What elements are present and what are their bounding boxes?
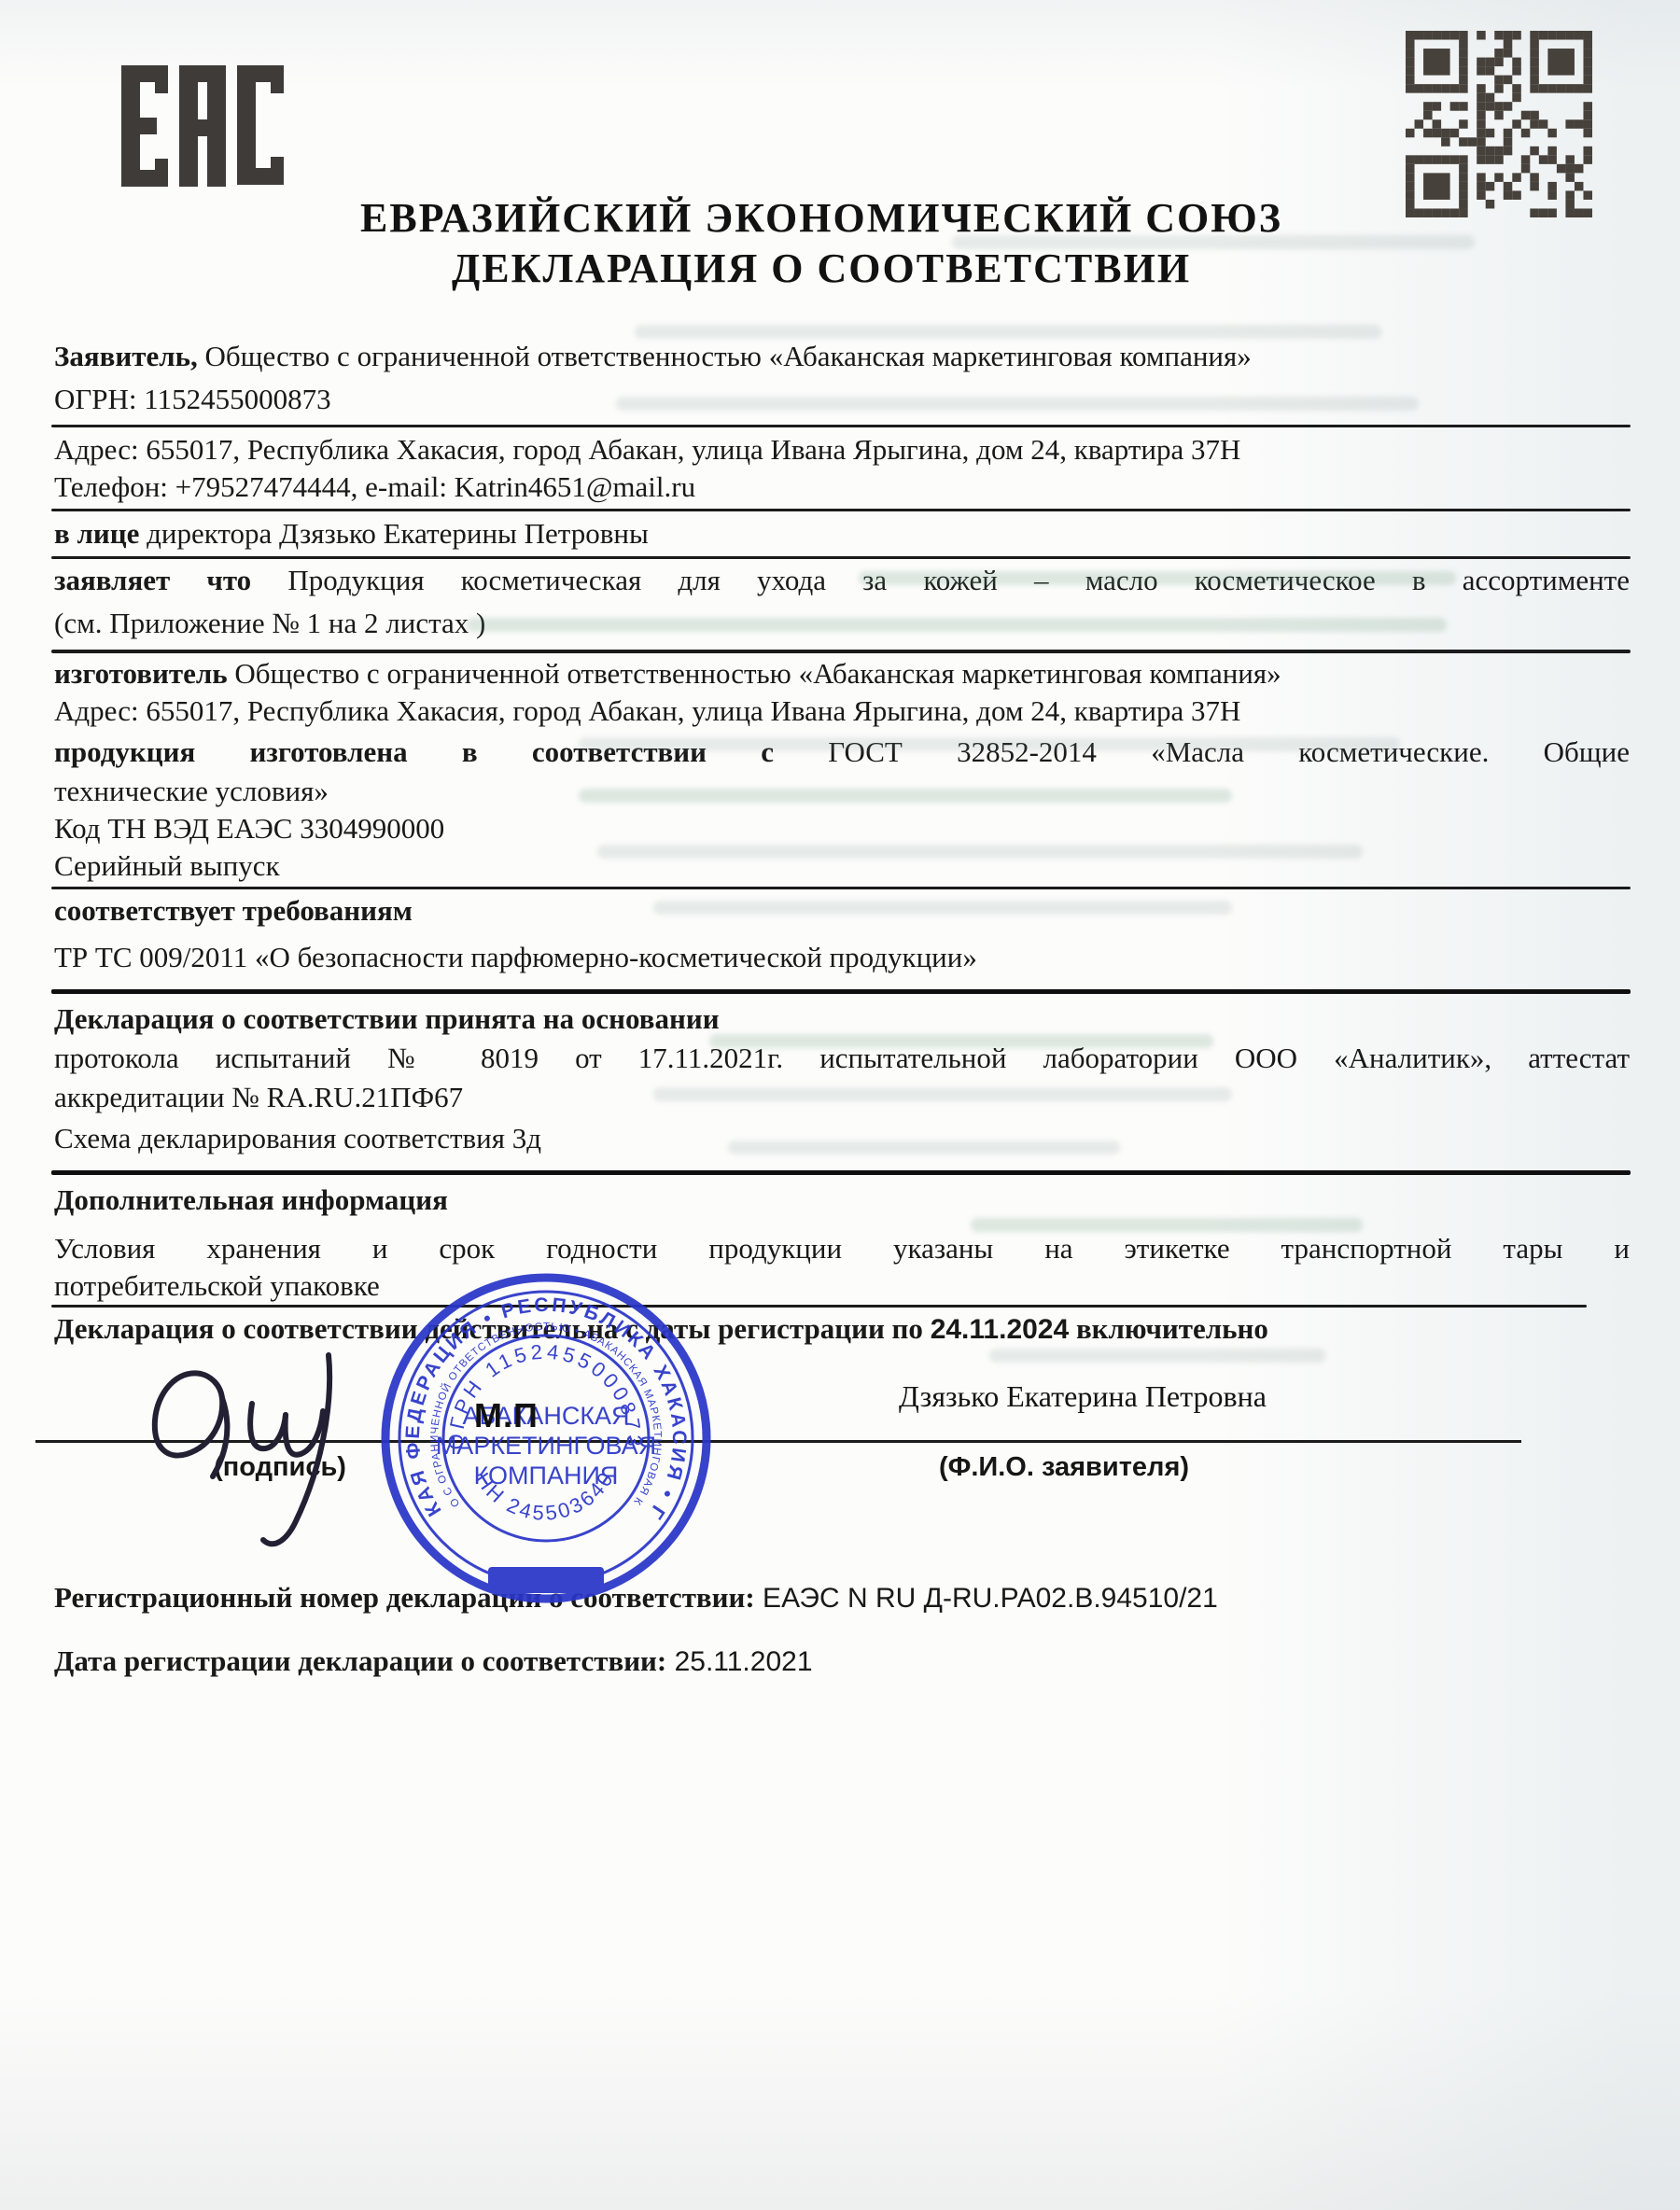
page-subtitle: ДЕКЛАРАЦИЯ О СООТВЕТСТВИИ <box>224 245 1419 292</box>
manufacturer-address: Адрес: 655017, Республика Хакасия, город… <box>54 692 1630 730</box>
divider <box>51 509 1631 511</box>
additional-label: Дополнительная информация <box>54 1182 1630 1219</box>
qr-code <box>1406 31 1592 217</box>
bleedthrough-artifact <box>952 235 1475 249</box>
manufacturer-line: изготовитель Общество с ограниченной отв… <box>54 655 1630 692</box>
registration-date-line: Дата регистрации декларации о соответств… <box>54 1643 1630 1681</box>
bleedthrough-artifact <box>616 397 1419 411</box>
bleedthrough-artifact <box>971 1218 1363 1232</box>
validity-date: 24.11.2024 <box>931 1314 1070 1345</box>
applicant-line: Заявитель, Общество с ограниченной ответ… <box>54 338 1630 375</box>
registration-date-label: Дата регистрации декларации о соответств… <box>54 1644 666 1677</box>
stamp-center-line2: МАРКЕТИНГОВАЯ <box>436 1432 656 1460</box>
applicant-label: Заявитель, <box>54 340 198 372</box>
applicant-phone: Телефон: +79527474444, e-mail: Katrin465… <box>54 469 1630 506</box>
company-stamp: РОССИЙСКАЯ ФЕДЕРАЦИЯ • РЕСПУБЛИКА ХАКАСИ… <box>371 1264 721 1613</box>
bleedthrough-artifact <box>989 1349 1325 1363</box>
divider <box>51 887 1631 889</box>
stamp-banner <box>488 1567 604 1593</box>
seal-place-mark: М.П <box>474 1396 539 1435</box>
bleedthrough-artifact <box>467 618 1447 632</box>
director-label: в лице <box>54 517 139 550</box>
divider <box>51 556 1631 559</box>
divider <box>51 650 1631 653</box>
additional-line1: Условия хранения и срок годности продукц… <box>54 1230 1630 1267</box>
divider <box>51 425 1631 427</box>
tnved-code: Код ТН ВЭД ЕАЭС 3304990000 <box>54 810 1630 847</box>
bleedthrough-artifact <box>653 1087 1232 1101</box>
declares-label: заявляет что <box>54 564 251 596</box>
applicant-address: Адрес: 655017, Республика Хакасия, город… <box>54 431 1630 469</box>
bleedthrough-artifact <box>728 1140 1120 1154</box>
director-line: в лице директора Дзязько Екатерины Петро… <box>54 515 1630 552</box>
divider-thick <box>51 989 1631 994</box>
additional-line2: потребительской упаковке <box>54 1267 1630 1305</box>
validity-post: включительно <box>1069 1312 1268 1345</box>
bleedthrough-artifact <box>579 737 1400 751</box>
manufacturer-label: изготовитель <box>54 657 228 690</box>
applicant-name: Общество с ограниченной ответственностью… <box>198 340 1252 372</box>
bleedthrough-artifact <box>597 845 1363 859</box>
bleedthrough-artifact <box>859 571 1456 585</box>
director-name: директора Дзязько Екатерины Петровны <box>139 517 648 550</box>
basis-label: Декларация о соответствии принята на осн… <box>54 1000 1630 1038</box>
bleedthrough-artifact <box>709 1034 1213 1048</box>
divider-thick <box>51 1170 1631 1175</box>
eac-logo-icon <box>119 63 287 199</box>
declaration-document: ЕВРАЗИЙСКИЙ ЭКОНОМИЧЕСКИЙ СОЮЗ ДЕКЛАРАЦИ… <box>0 0 1680 2210</box>
bleedthrough-artifact <box>579 789 1232 803</box>
registration-date-value: 25.11.2021 <box>666 1646 812 1677</box>
registration-number-value: ЕАЭС N RU Д-RU.РА02.В.94510/21 <box>755 1583 1218 1614</box>
registration-number-line: Регистрационный номер декларации о соотв… <box>54 1579 1630 1617</box>
conforms-text: ТР ТС 009/2011 «О безопасности парфюмерн… <box>54 939 1630 976</box>
bleedthrough-artifact <box>653 901 1232 915</box>
stamp-center-line3: КОМПАНИЯ <box>474 1462 619 1490</box>
manufacturer-name: Общество с ограниченной ответственностью… <box>228 657 1281 690</box>
applicant-fullname: Дзязько Екатерина Петровна <box>831 1379 1335 1414</box>
fullname-caption: (Ф.И.О. заявителя) <box>831 1452 1297 1483</box>
bleedthrough-artifact <box>635 325 1381 339</box>
divider <box>51 1305 1587 1308</box>
